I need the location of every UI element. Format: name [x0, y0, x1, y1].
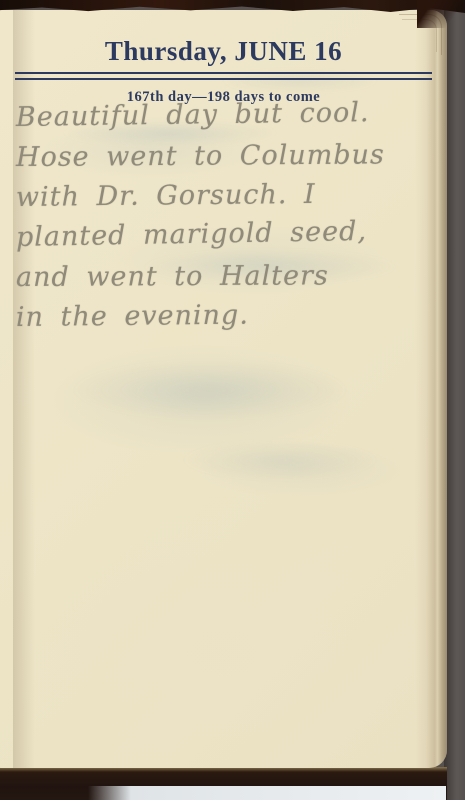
day-counter: 167th day—198 days to come — [0, 89, 447, 106]
date-title: Thursday, JUNE 16 — [0, 36, 447, 67]
entry-line: Hose went to Columbus — [16, 139, 441, 182]
diary-page-scan: Thursday, JUNE 16 167th day—198 days to … — [0, 0, 465, 800]
ink-showthrough-smudge — [180, 440, 380, 480]
entry-line: in the evening. — [16, 298, 441, 342]
printed-header: Thursday, JUNE 16 167th day—198 days to … — [0, 10, 447, 106]
diary-page: Thursday, JUNE 16 167th day—198 days to … — [0, 10, 447, 768]
scanner-background-bottom — [88, 786, 446, 800]
ink-showthrough-smudge — [70, 360, 350, 420]
handwritten-entry: Beautiful day but cool. Hose went to Col… — [16, 102, 441, 342]
entry-line: and went to Halters — [16, 260, 441, 302]
double-rule-divider — [15, 72, 432, 80]
entry-line: planted marigold seed, — [16, 215, 442, 262]
scanner-background-right — [444, 0, 465, 800]
